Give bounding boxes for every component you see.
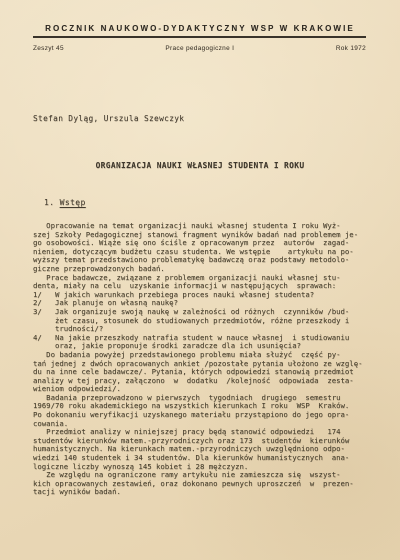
section-number: 1. [44, 198, 60, 207]
article-title: ORGANIZACJA NAUKI WŁASNEJ STUDENTA I ROK… [0, 161, 400, 170]
journal-meta-row: Zeszyt 45 Prace pedagogiczne I Rok 1972 [33, 45, 366, 52]
scanned-document-page: ROCZNIK NAUKOWO-DYDAKTYCZNY WSP W KRAKOW… [0, 0, 400, 560]
header-rule [33, 36, 366, 38]
journal-header-title: ROCZNIK NAUKOWO-DYDAKTYCZNY WSP W KRAKOW… [0, 24, 400, 33]
article-authors: Stefan Dyląg, Urszula Szewczyk [33, 114, 184, 123]
article-body-text: Opracowanie na temat organizacji nauki w… [33, 222, 362, 497]
journal-issue: Zeszyt 45 [33, 45, 64, 52]
journal-series: Prace pedagogiczne I [165, 45, 234, 52]
section-title: Wstęp [60, 198, 86, 207]
journal-year: Rok 1972 [336, 45, 366, 52]
section-heading: 1. Wstęp [44, 198, 86, 207]
